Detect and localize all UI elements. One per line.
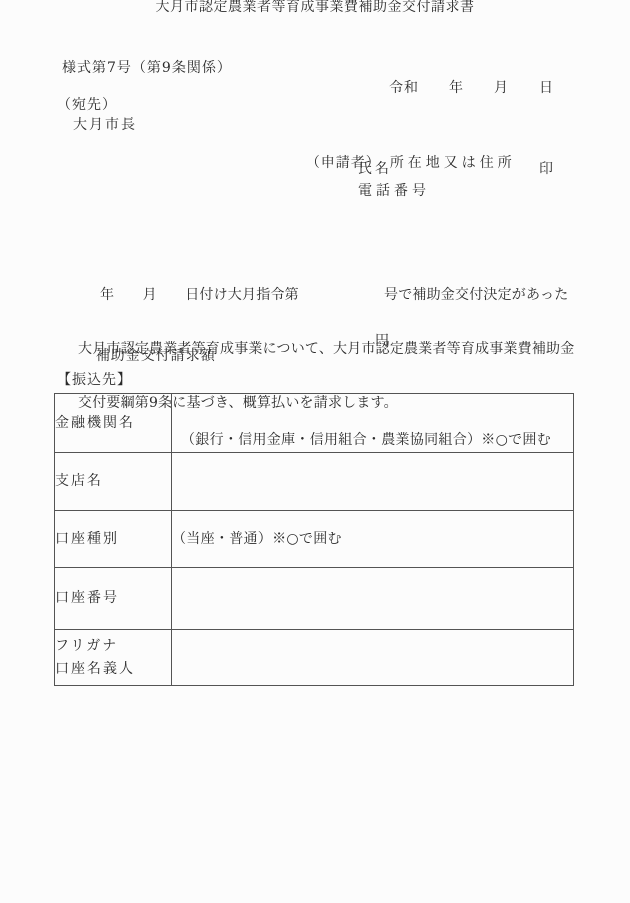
document-page: 様式第7号（第9条関係） 令和 年 月 日 （宛先） 大月市長 （申請者）所在地…: [0, 0, 630, 903]
row-label-financial-institution: 金融機関名: [55, 394, 172, 453]
table-row-account-number: 口座番号: [55, 568, 574, 630]
amount-label: 補助金交付請求額: [96, 348, 216, 364]
row-value-account-type: （当座・普通）※○で囲む: [172, 511, 574, 568]
table-row-financial-institution: 金融機関名 （銀行・信用金庫・信用組合・農業協同組合）※○で囲む: [55, 394, 574, 453]
bank-transfer-table: 金融機関名 （銀行・信用金庫・信用組合・農業協同組合）※○で囲む 支店名 口座種…: [54, 393, 574, 686]
seal-mark: 印: [539, 162, 554, 177]
financial-institution-note: （銀行・信用金庫・信用組合・農業協同組合）※○で囲む: [181, 433, 551, 448]
table-row-branch-name: 支店名: [55, 453, 574, 511]
bank-section-heading: 【振込先】: [57, 373, 132, 388]
table-row-account-holder: フリガナ 口座名義人: [55, 630, 574, 686]
table-row-account-type: 口座種別 （当座・普通）※○で囲む: [55, 511, 574, 568]
account-holder-name-label: 口座名義人: [55, 658, 171, 681]
recipient-label: （宛先）: [57, 98, 117, 113]
amount-unit: 円: [375, 334, 390, 349]
amount-line: 補助金交付請求額 円: [78, 334, 578, 352]
row-value-branch-name: [172, 453, 574, 511]
recipient-name: 大月市長: [73, 118, 137, 133]
form-number: 様式第7号（第9条関係）: [62, 61, 232, 76]
row-value-account-holder: [172, 630, 574, 686]
applicant-name-label: 氏名: [358, 162, 392, 177]
row-value-account-number: [172, 568, 574, 630]
row-label-branch-name: 支店名: [55, 453, 172, 511]
applicant-phone-label: 電話番号: [358, 184, 430, 199]
row-label-account-number: 口座番号: [55, 568, 172, 630]
applicant-name-line: 氏名 印: [358, 162, 554, 177]
row-value-financial-institution: （銀行・信用金庫・信用組合・農業協同組合）※○で囲む: [172, 394, 574, 453]
body-line-1: 年 月 日付け大月指令第 号で補助金交付決定があった: [78, 283, 580, 307]
row-label-account-holder: フリガナ 口座名義人: [55, 630, 172, 686]
account-holder-furigana-label: フリガナ: [55, 635, 171, 658]
date-line: 令和 年 月 日: [389, 81, 554, 96]
row-label-account-type: 口座種別: [55, 511, 172, 568]
page-title: 大月市認定農業者等育成事業費補助金交付請求書: [0, 0, 630, 15]
